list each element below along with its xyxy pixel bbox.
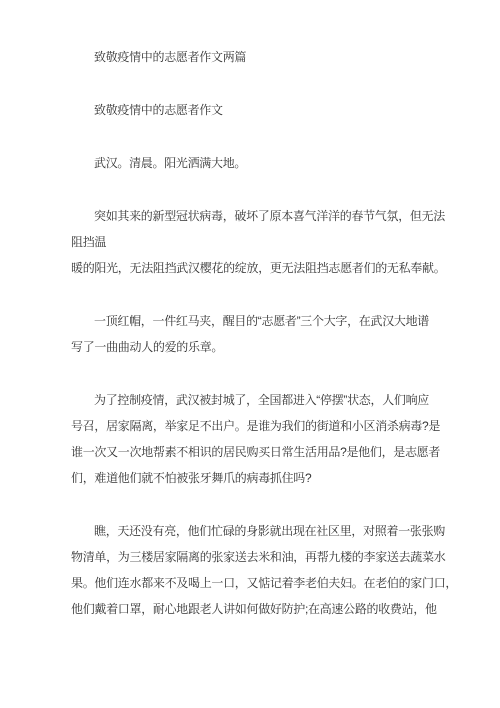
text-line: 阻挡温: [71, 229, 444, 255]
paragraph: 为了控制疫情，武汉被封城了，全国都进入“停摆”状态，人们响应号召，居家隔离，举家…: [71, 387, 444, 491]
text-line: 谁一次又一次地帮素不相识的居民购买日常生活用品?是他们，是志愿者: [71, 439, 444, 465]
paragraph: 突如其来的新型冠状病毒，破坏了原本喜气洋洋的春节气氛，但无法阻挡温暖的阳光，无法…: [71, 203, 444, 281]
text-line: 暖的阳光，无法阻挡武汉樱花的绽放，更无法阻挡志愿者们的无私奉献。: [71, 255, 444, 281]
text-line: 致敬疫情中的志愿者作文两篇: [71, 44, 444, 70]
text-line: 号召，居家隔离，举家足不出户。是谁为我们的街道和小区消杀病毒?是: [71, 413, 444, 439]
text-line: 们，难道他们就不怕被张牙舞爪的病毒抓住吗?: [71, 465, 444, 491]
text-line: 突如其来的新型冠状病毒，破坏了原本喜气洋洋的春节气氛，但无法: [71, 203, 444, 229]
text-line: 瞧，天还没有亮，他们忙碌的身影就出现在社区里，对照着一张张购: [71, 518, 444, 544]
paragraph: 武汉。清晨。阳光洒满大地。: [71, 150, 444, 176]
text-line: 写了一曲曲动人的爱的乐章。: [71, 334, 444, 360]
text-line: 他们戴着口罩，耐心地跟老人讲如何做好防护;在高速公路的收费站，他: [71, 596, 444, 622]
text-line: 武汉。清晨。阳光洒满大地。: [71, 150, 444, 176]
paragraph: 瞧，天还没有亮，他们忙碌的身影就出现在社区里，对照着一张张购物清单，为三楼居家隔…: [71, 518, 444, 622]
text-line: 致敬疫情中的志愿者作文: [71, 97, 444, 123]
document-body: 致敬疫情中的志愿者作文两篇致敬疫情中的志愿者作文武汉。清晨。阳光洒满大地。突如其…: [71, 44, 444, 622]
paragraph: 一顶红帽，一件红马夹，醒目的“志愿者”三个大字，在武汉大地谱写了一曲曲动人的爱的…: [71, 308, 444, 360]
text-line: 一顶红帽，一件红马夹，醒目的“志愿者”三个大字，在武汉大地谱: [71, 308, 444, 334]
text-line: 为了控制疫情，武汉被封城了，全国都进入“停摆”状态，人们响应: [71, 387, 444, 413]
doc-title: 致敬疫情中的志愿者作文两篇: [71, 44, 444, 70]
doc-subtitle: 致敬疫情中的志愿者作文: [71, 97, 444, 123]
text-line: 物清单，为三楼居家隔离的张家送去米和油，再帮九楼的李家送去蔬菜水: [71, 544, 444, 570]
document-page: 致敬疫情中的志愿者作文两篇致敬疫情中的志愿者作文武汉。清晨。阳光洒满大地。突如其…: [0, 0, 500, 708]
text-line: 果。他们连水都来不及喝上一口，又惦记着李老伯夫妇。在老伯的家门口，: [71, 570, 444, 596]
